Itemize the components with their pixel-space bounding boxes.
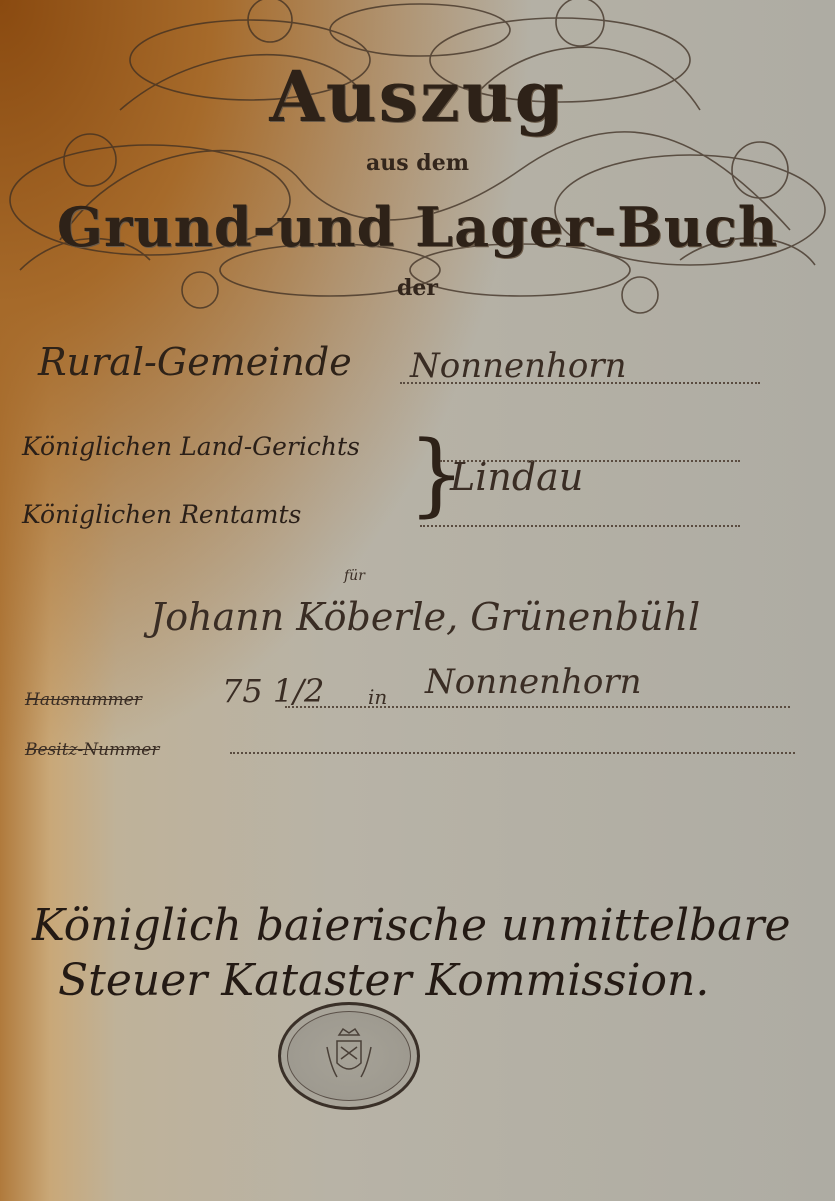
document-subtitle: aus dem — [0, 150, 835, 176]
owner-note: für — [344, 568, 365, 584]
gemeinde-dotted-line — [400, 382, 760, 384]
hausnummer-dotted-line — [285, 706, 790, 708]
book-title: Grund-und Lager-Buch — [0, 195, 835, 259]
gemeinde-value: Nonnenhorn — [410, 346, 627, 386]
title-connector: der — [0, 275, 835, 301]
document-title: Auszug — [0, 55, 835, 138]
royal-bavarian-seal-icon — [278, 1002, 420, 1110]
authority-line-1: Königlich baierische unmittelbare — [32, 900, 790, 951]
authority-line-2: Steuer Kataster Kommission. — [58, 955, 709, 1006]
location-value: Nonnenhorn — [425, 662, 642, 702]
besitz-dotted-line — [230, 752, 795, 754]
landgericht-label: Königlichen Land-Gerichts — [22, 432, 360, 461]
coat-of-arms-icon — [321, 1027, 377, 1085]
gemeinde-label: Rural-Gemeinde — [38, 340, 352, 384]
hausnummer-label: Hausnummer — [25, 690, 142, 710]
landgericht-dotted-line — [440, 460, 740, 462]
rentamt-label: Königlichen Rentamts — [22, 500, 301, 529]
hausnummer-value: 75 1/2 — [222, 672, 324, 710]
owner-value: Johann Köberle, Grünenbühl — [150, 595, 700, 639]
rentamt-dotted-line — [420, 525, 740, 527]
besitz-label: Besitz-Nummer — [25, 740, 160, 760]
